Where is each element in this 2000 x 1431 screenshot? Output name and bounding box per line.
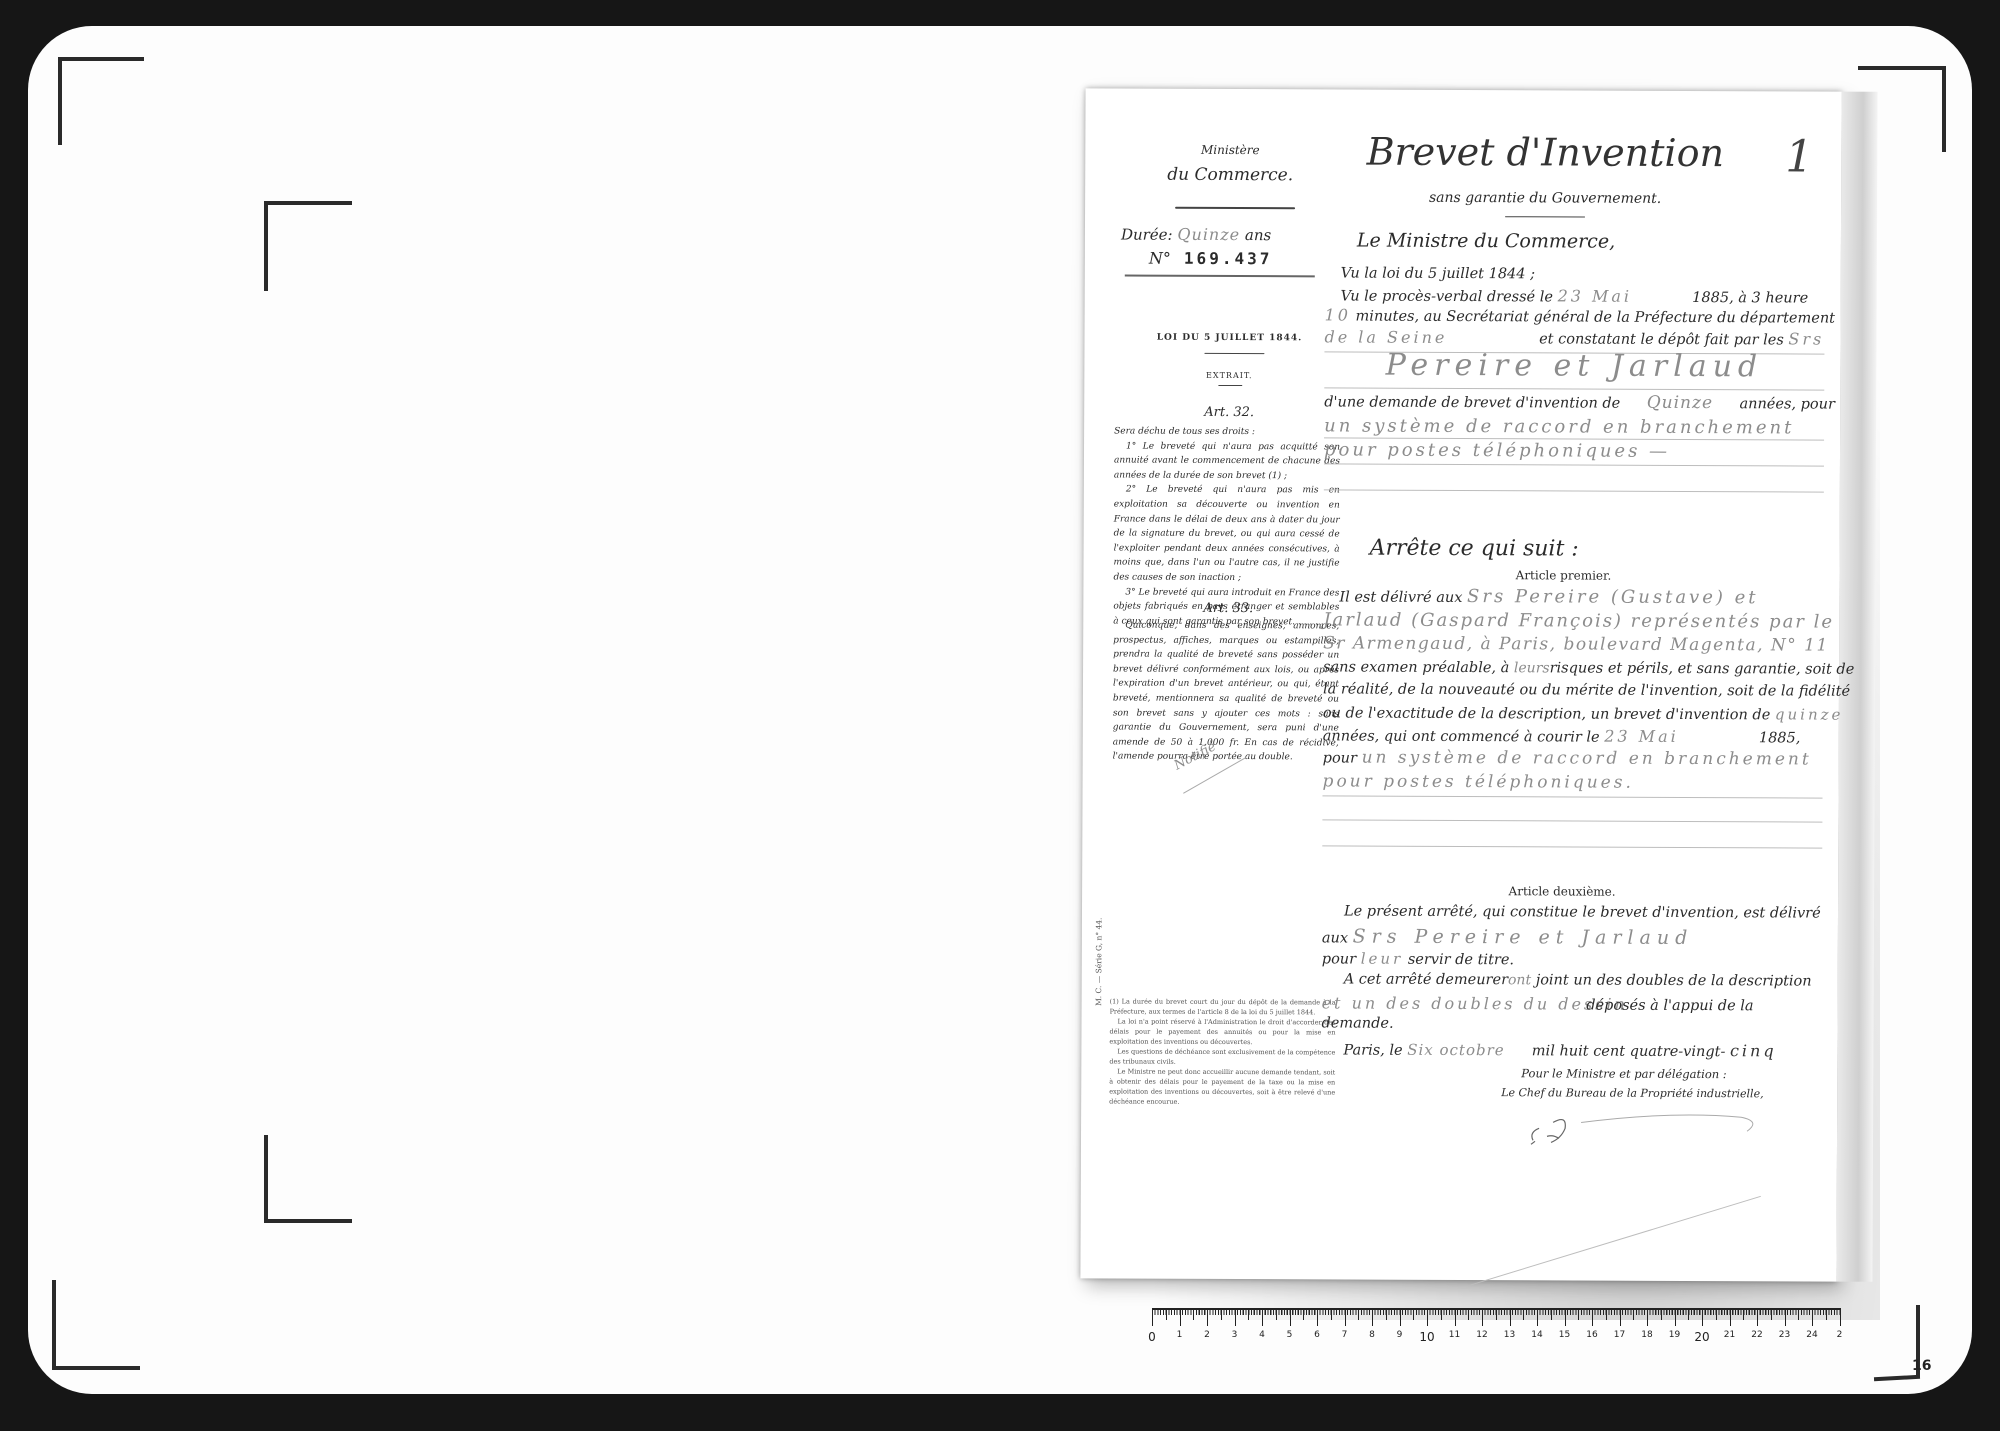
ruler-label: 8 <box>1369 1330 1375 1340</box>
a2-line-4: A cet arrêté demeureront joint un des do… <box>1344 971 1844 989</box>
patent-document-page: 1 Ministère du Commerce. Durée: Quinze a… <box>1080 88 1841 1281</box>
paris-date: Six octobre <box>1407 1041 1527 1060</box>
ruler-label: 10 <box>1419 1330 1434 1344</box>
minister-heading: Le Ministre du Commerce, <box>1357 230 1615 253</box>
extract-rule <box>1218 385 1242 386</box>
line-rule <box>1323 795 1823 798</box>
ruler-half-tick <box>1688 1308 1689 1320</box>
a1-line7-year: 1885, <box>1759 730 1801 746</box>
delegation-line: Pour le Ministre et par délégation : <box>1521 1066 1726 1081</box>
vu-loi-text: Vu la loi du 5 juillet 1844 ; <box>1341 265 1535 282</box>
a2-line5-suffix: déposés à l'appui de la <box>1586 998 1753 1015</box>
pv-year: 1885 <box>1692 290 1729 306</box>
demand-prefix: d'une demande de brevet d'invention de <box>1324 394 1620 411</box>
a1-line4-prefix: sans examen préalable, à <box>1323 659 1509 676</box>
ruler-half-tick <box>1633 1308 1634 1320</box>
patent-number: 169.437 <box>1184 249 1273 268</box>
ruler-label: 4 <box>1259 1330 1265 1340</box>
a2-line-5: et un des doubles du dessin déposés à l'… <box>1322 993 1822 1014</box>
art33-title: Art. 33. <box>1113 600 1343 616</box>
paris-prefix: Paris, le <box>1343 1042 1402 1058</box>
extract-label: EXTRAIT. <box>1114 370 1344 380</box>
ruler-half-tick <box>1661 1308 1662 1320</box>
line-minutes: 10 minutes, au Secrétariat général de la… <box>1325 305 1825 326</box>
ruler-cm-tick <box>1455 1308 1456 1326</box>
a2-line-2: aux Srs Pereire et Jarlaud <box>1322 925 1822 949</box>
a2-line3-hand: leur <box>1361 950 1404 968</box>
art32-paragraph-2: 2° Le breveté qui n'aura pas mis en expl… <box>1113 483 1339 586</box>
document-title: Brevet d'Invention <box>1315 129 1775 175</box>
a1-beneficiaries-1: Srs Pereire (Gustave) et <box>1467 586 1759 608</box>
a1-line-3: Sr Armengaud, à Paris, boulevard Magenta… <box>1323 633 1823 655</box>
ruler-cm-tick <box>1345 1308 1346 1326</box>
pv-minutes: 10 <box>1325 305 1351 324</box>
crop-mark-bottom-left-inner <box>264 1135 352 1223</box>
measurement-ruler: 0123456789101112131415161718192021222324… <box>1152 1308 1840 1346</box>
law-title: LOI DU 5 JUILLET 1844. <box>1114 332 1344 343</box>
ruler-half-tick <box>1551 1308 1552 1320</box>
paris-year-text: mil huit cent quatre-vingt- <box>1532 1043 1726 1060</box>
ruler-cm-tick <box>1482 1308 1483 1326</box>
diagonal-cancel-stroke <box>1460 1190 1780 1291</box>
a2-line4-mid: joint <box>1536 972 1569 988</box>
ruler-half-tick <box>1496 1308 1497 1320</box>
demand-years: Quinze <box>1625 393 1735 413</box>
ruler-cm-tick <box>1427 1308 1428 1326</box>
duration-field: Durée: Quinze ans <box>1121 225 1271 245</box>
document-subtitle: sans garantie du Gouvernement. <box>1315 189 1775 207</box>
ruler-half-tick <box>1193 1308 1194 1320</box>
ruler-cm-tick <box>1537 1308 1538 1326</box>
ruler-half-tick <box>1523 1308 1524 1320</box>
ruler-half-tick <box>1771 1308 1772 1320</box>
a2-line-1: Le présent arrêté, qui constitue le brev… <box>1344 903 1844 921</box>
deposit-title: Srs <box>1788 329 1824 348</box>
ruler-half-tick <box>1166 1308 1167 1320</box>
line-proces-verbal: Vu le procès-verbal dressé le 23 Mai 188… <box>1341 285 1841 306</box>
ruler-label: 21 <box>1724 1330 1735 1340</box>
ruler-label: 2 <box>1204 1330 1210 1340</box>
law-title-rule <box>1204 353 1264 354</box>
ruler-half-tick <box>1743 1308 1744 1320</box>
ruler-label: 12 <box>1476 1330 1487 1340</box>
a2-line-6: demande. <box>1321 1015 1821 1033</box>
demand-suffix: années, pour <box>1739 396 1835 412</box>
ruler-cm-tick <box>1152 1308 1153 1326</box>
ministry-line1: Ministère <box>1115 142 1345 157</box>
ruler-half-tick <box>1468 1308 1469 1320</box>
ruler-half-tick <box>1303 1308 1304 1320</box>
ruler-half-tick <box>1716 1308 1717 1320</box>
a1-line8-prefix: pour <box>1323 750 1357 766</box>
ruler-cm-tick <box>1812 1308 1813 1326</box>
art32-title: Art. 32. <box>1114 404 1344 420</box>
footnote-1: (1) La durée du brevet court du jour du … <box>1110 996 1336 1017</box>
article1-title: Article premier. <box>1323 567 1803 583</box>
object-line-1: un système de raccord en branchement <box>1324 415 1824 438</box>
paris-year-hand: cinq <box>1730 1041 1777 1060</box>
ruler-label: 5 <box>1287 1330 1293 1340</box>
ruler-label: 24 <box>1806 1330 1817 1340</box>
footnote-3: Les questions de déchéance sont exclusiv… <box>1109 1046 1335 1067</box>
department-value: de la Seine <box>1324 327 1534 347</box>
ruler-cm-tick <box>1785 1308 1786 1326</box>
folio-number: 16 <box>1912 1358 1931 1374</box>
a1-line6-prefix: ou de l'exactitude de la description, un… <box>1323 705 1771 723</box>
ruler-cm-tick <box>1647 1308 1648 1326</box>
ruler-label: 1 <box>1177 1330 1183 1340</box>
ruler-cm-tick <box>1675 1308 1676 1326</box>
deposit-text: et constatant le dépôt fait par les <box>1539 331 1784 348</box>
handwritten-page-number: 1 <box>1785 131 1813 182</box>
footnotes: (1) La durée du brevet court du jour du … <box>1109 996 1335 1107</box>
a1-line4-suffix: risques et périls, et sans garantie, soi… <box>1550 660 1855 677</box>
applicants-names: Pereire et Jarlaud <box>1324 347 1824 384</box>
line-rule <box>1324 387 1824 390</box>
crop-mark-top-left-outer <box>58 57 144 145</box>
ruler-label: 16 <box>1586 1330 1597 1340</box>
ruler-half-tick <box>1276 1308 1277 1320</box>
arrete-heading: Arrête ce qui suit : <box>1370 536 1579 562</box>
ruler-cm-tick <box>1702 1308 1703 1326</box>
a1-prefix: Il est délivré aux <box>1339 589 1462 606</box>
a1-line6-hand: quinze <box>1775 705 1844 723</box>
ministry-line2: du Commerce. <box>1115 164 1345 185</box>
ruler-label: 2 <box>1837 1330 1843 1340</box>
ruler-cm-tick <box>1317 1308 1318 1326</box>
a2-line4-prefix: A cet arrêté demeurer <box>1344 971 1508 988</box>
a1-line7-date: 23 Mai <box>1604 727 1754 747</box>
a1-line-8: pour un système de raccord en branchemen… <box>1323 747 1823 769</box>
a1-line-9: pour postes téléphoniques. <box>1323 771 1823 793</box>
ruler-label: 3 <box>1232 1330 1238 1340</box>
line-rule <box>1324 489 1824 492</box>
a1-line4-hand: leurs <box>1514 660 1550 676</box>
ruler-cm-tick <box>1730 1308 1731 1326</box>
ruler-half-tick <box>1606 1308 1607 1320</box>
ruler-label: 7 <box>1342 1330 1348 1340</box>
signature-mark <box>1501 1100 1781 1161</box>
ruler-cm-tick <box>1290 1308 1291 1326</box>
ruler-label: 20 <box>1694 1330 1709 1344</box>
crop-mark-top-left-inner <box>264 201 352 291</box>
patent-number-field: N° 169.437 <box>1149 249 1273 269</box>
a2-line4-hand: ont <box>1508 972 1531 988</box>
article2-title: Article deuxième. <box>1322 883 1802 899</box>
a1-line-6: ou de l'exactitude de la description, un… <box>1323 703 1823 723</box>
ruler-label: 6 <box>1314 1330 1320 1340</box>
a2-recipients: Srs Pereire et Jarlaud <box>1353 926 1694 949</box>
duration-unit: ans <box>1245 226 1271 244</box>
a2-line4-suffix: un des doubles de la description <box>1573 972 1811 989</box>
pv-prefix: Vu le procès-verbal dressé le <box>1341 288 1553 305</box>
ruler-label: 14 <box>1531 1330 1542 1340</box>
number-underline <box>1125 275 1315 278</box>
ruler-label: 9 <box>1397 1330 1403 1340</box>
line-rule <box>1322 845 1822 848</box>
a2-line3-prefix: pour <box>1322 951 1356 967</box>
ruler-label: 23 <box>1779 1330 1790 1340</box>
art32-paragraph-1: 1° Le breveté qui n'aura pas acquitté so… <box>1114 439 1340 484</box>
ruler-half-tick <box>1358 1308 1359 1320</box>
a1-line-5: la réalité, de la nouveauté ou du mérite… <box>1323 681 1823 699</box>
subtitle-ornament <box>1505 216 1585 217</box>
ruler-half-tick <box>1441 1308 1442 1320</box>
ruler-cm-tick <box>1510 1308 1511 1326</box>
ornament-rule <box>1175 207 1295 210</box>
ruler-label: 11 <box>1449 1330 1460 1340</box>
ruler-cm-tick <box>1180 1308 1181 1326</box>
paris-date-line: Paris, le Six octobre mil huit cent quat… <box>1343 1039 1843 1060</box>
number-label: N° <box>1149 249 1171 268</box>
ruler-cm-tick <box>1620 1308 1621 1326</box>
a1-line-2: Jarlaud (Gaspard François) représentés p… <box>1323 609 1823 632</box>
ruler-label: 15 <box>1559 1330 1570 1340</box>
chef-bureau-line: Le Chef du Bureau de la Propriété indust… <box>1501 1086 1763 1100</box>
line-department: de la Seine et constatant le dépôt fait … <box>1324 327 1824 348</box>
ruler-cm-tick <box>1757 1308 1758 1326</box>
art32-body: Sera déchu de tous ses droits : 1° Le br… <box>1113 424 1340 629</box>
a1-line-4: sans examen préalable, à leursrisques et… <box>1323 659 1823 677</box>
ruler-cm-tick <box>1840 1308 1841 1326</box>
ruler-cm-tick <box>1592 1308 1593 1326</box>
art33-body: Quiconque, dans des enseignes, annonces,… <box>1113 618 1340 765</box>
form-code: M. C. — Série G, n° 44. <box>1094 896 1103 1006</box>
ruler-cm-tick <box>1372 1308 1373 1326</box>
a2-line5-hand: et un des doubles du dessin <box>1322 993 1582 1013</box>
crop-mark-bottom-left-outer <box>52 1280 140 1370</box>
ruler-half-tick <box>1413 1308 1414 1320</box>
ruler-half-tick <box>1221 1308 1222 1320</box>
ruler-half-tick <box>1386 1308 1387 1320</box>
a2-line3-suffix: servir de titre. <box>1408 952 1514 968</box>
ruler-label: 19 <box>1669 1330 1680 1340</box>
a2-line-3: pour leur servir de titre. <box>1322 949 1822 969</box>
ruler-half-tick <box>1798 1308 1799 1320</box>
ruler-cm-tick <box>1235 1308 1236 1326</box>
line-rule <box>1322 819 1822 822</box>
ruler-cm-tick <box>1207 1308 1208 1326</box>
line-rule <box>1324 463 1824 466</box>
a2-line2-prefix: aux <box>1322 930 1348 946</box>
line-vu-loi: Vu la loi du 5 juillet 1844 ; <box>1341 265 1841 283</box>
footnote-2: La loi n'a point réservé à l'Administrat… <box>1109 1016 1335 1047</box>
ruler-label: 13 <box>1504 1330 1515 1340</box>
ruler-half-tick <box>1578 1308 1579 1320</box>
ruler-cm-tick <box>1262 1308 1263 1326</box>
ruler-label: 17 <box>1614 1330 1625 1340</box>
duration-value: Quinze <box>1177 225 1240 244</box>
object-line-2: pour postes téléphoniques — <box>1324 439 1824 462</box>
line-demand: d'une demande de brevet d'invention de Q… <box>1324 391 1824 413</box>
a1-line-1: Il est délivré aux Srs Pereire (Gustave)… <box>1339 585 1839 608</box>
art32-intro: Sera déchu de tous ses droits : <box>1114 424 1340 440</box>
a1-line8-hand: un système de raccord en branchement <box>1362 748 1812 770</box>
duration-label: Durée: <box>1121 226 1173 244</box>
footnote-4: Le Ministre ne peut donc accueillir aucu… <box>1109 1066 1335 1107</box>
ruler-label: 22 <box>1751 1330 1762 1340</box>
pv-line2: minutes, au Secrétariat général de la Pr… <box>1356 309 1836 327</box>
ruler-cm-tick <box>1565 1308 1566 1326</box>
a1-line-7: années, qui ont commencé à courir le 23 … <box>1323 725 1823 746</box>
ruler-half-tick <box>1331 1308 1332 1320</box>
a1-line7-prefix: années, qui ont commencé à courir le <box>1323 728 1600 745</box>
ruler-half-tick <box>1248 1308 1249 1320</box>
ruler-label: 18 <box>1641 1330 1652 1340</box>
ruler-half-tick <box>1826 1308 1827 1320</box>
ruler-cm-tick <box>1400 1308 1401 1326</box>
pv-hour: , à 3 heure <box>1729 290 1808 306</box>
pv-date: 23 Mai <box>1558 286 1688 306</box>
ruler-label: 0 <box>1148 1330 1156 1344</box>
